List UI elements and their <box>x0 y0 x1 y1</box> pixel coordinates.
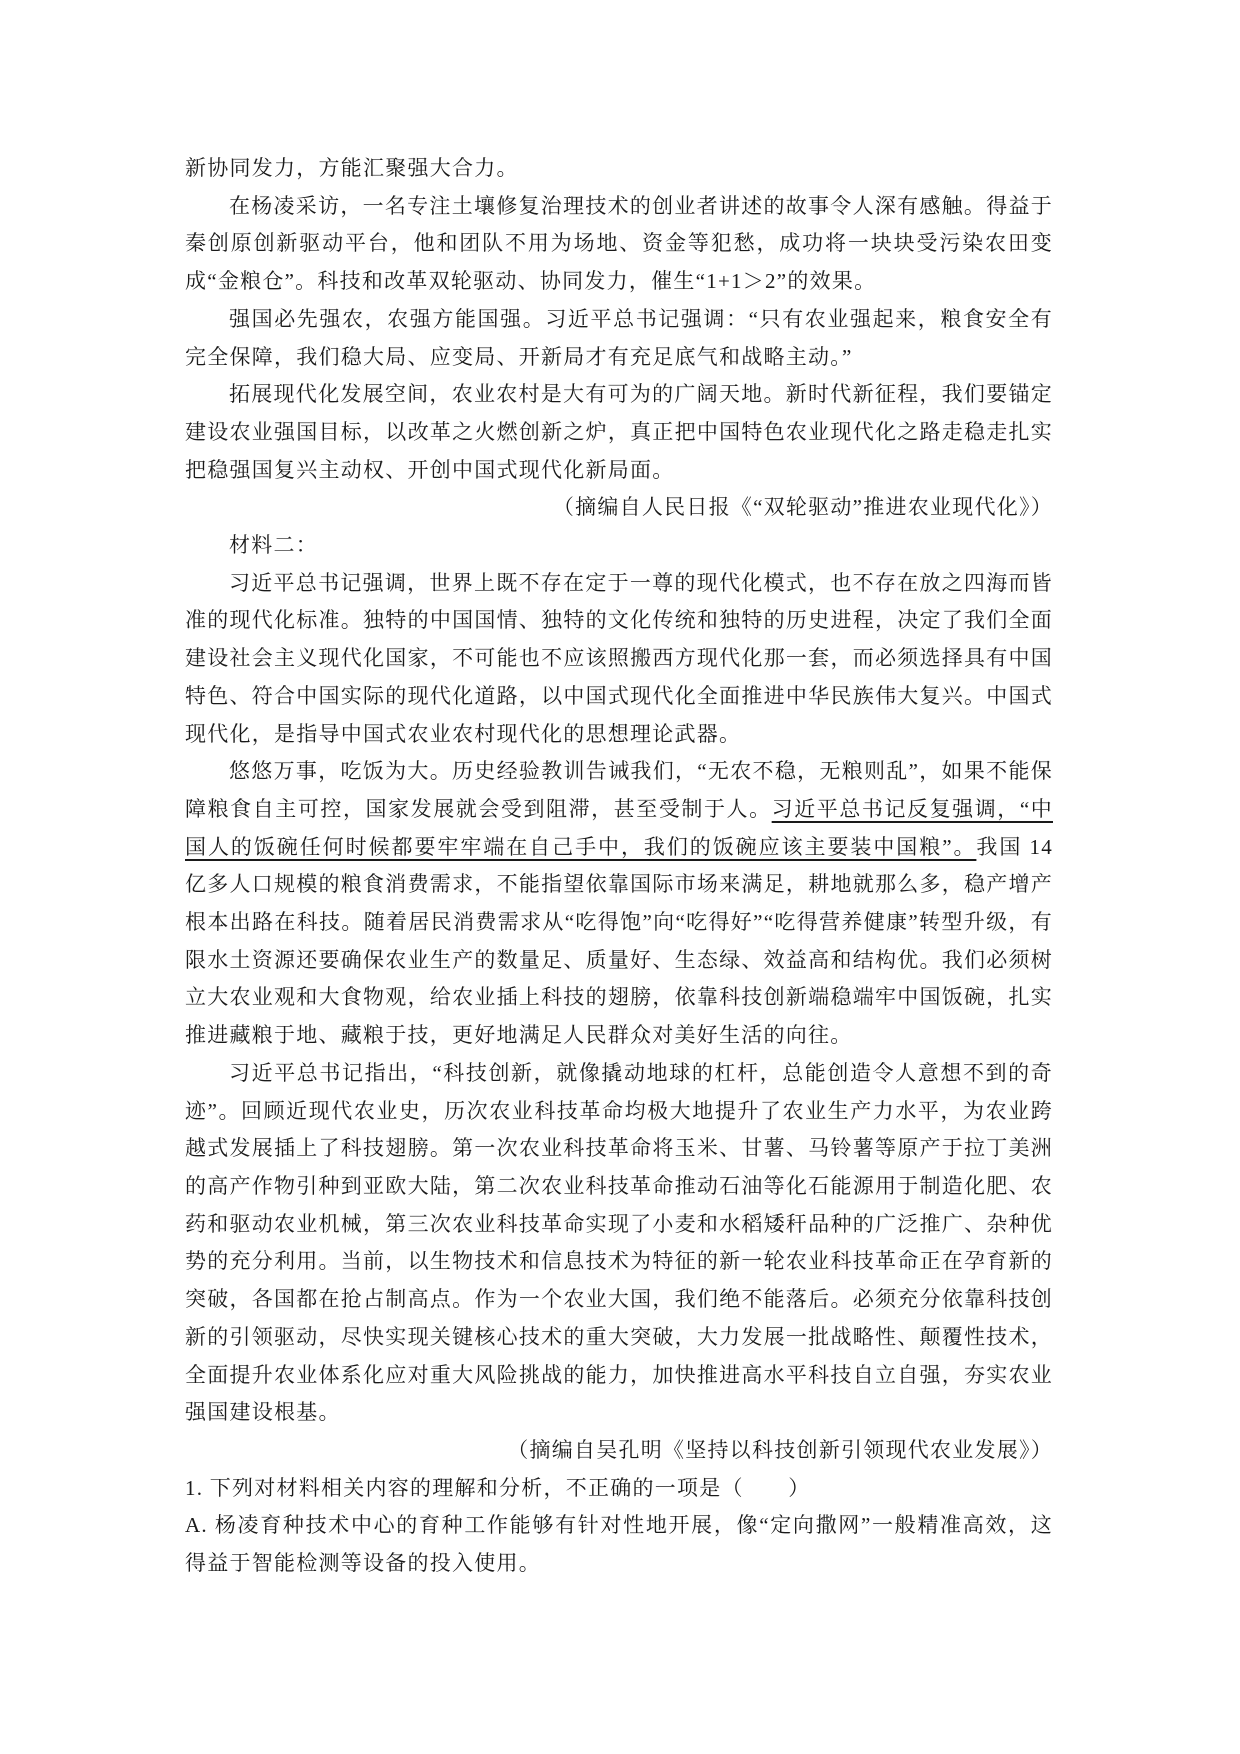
text-segment: 习近平总书记指出，“科技创新，就像撬动地球的杠杆，总能创造令人意想不到的奇迹”。… <box>185 1061 1053 1424</box>
text-segment: 习近平总书记强调，世界上既不存在定于一尊的现代化模式，也不存在放之四海而皆准的现… <box>185 571 1053 746</box>
text-segment: 在杨凌采访，一名专注土壤修复治理技术的创业者讲述的故事令人深有感触。得益于秦创原… <box>185 194 1053 293</box>
question-1: 1. 下列对材料相关内容的理解和分析，不正确的一项是（ ） <box>185 1470 1053 1508</box>
text-segment: A. 杨凌育种技术中心的育种工作能够有针对性地开展，像“定向撒网”一般精准高效，… <box>185 1513 1053 1575</box>
material-one-continuation-paragraph: 新协同发力，方能汇聚强大合力。 <box>185 150 1053 188</box>
question-1-option-A: A. 杨凌育种技术中心的育种工作能够有针对性地开展，像“定向撒网”一般精准高效，… <box>185 1507 1053 1582</box>
text-segment: 拓展现代化发展空间，农业农村是大有可为的广阔天地。新时代新征程，我们要锚定建设农… <box>185 382 1053 481</box>
text-segment: 强国必先强农，农强方能国强。习近平总书记强调：“只有农业强起来，粮食安全有完全保… <box>185 307 1053 369</box>
document-page: 新协同发力，方能汇聚强大合力。在杨凌采访，一名专注土壤修复治理技术的创业者讲述的… <box>0 0 1240 1754</box>
text-segment: 1. 下列对材料相关内容的理解和分析，不正确的一项是（ ） <box>185 1476 811 1500</box>
material-two-heading: 材料二： <box>185 527 1053 565</box>
text-segment: （摘编自人民日报《“双轮驱动”推进农业现代化》） <box>553 495 1053 519</box>
material-two-paragraph-chinese-path: 习近平总书记强调，世界上既不存在定于一尊的现代化模式，也不存在放之四海而皆准的现… <box>185 565 1053 754</box>
text-segment: 新协同发力，方能汇聚强大合力。 <box>185 156 519 180</box>
material-two-paragraph-food-security: 悠悠万事，吃饭为大。历史经验教训告诫我们，“无农不稳，无粮则乱”，如果不能保障粮… <box>185 753 1053 1055</box>
material-one-paragraph-yangling: 在杨凌采访，一名专注土壤修复治理技术的创业者讲述的故事令人深有感触。得益于秦创原… <box>185 188 1053 301</box>
text-segment: 材料二： <box>229 533 318 557</box>
material-one-paragraph-strong-nation: 强国必先强农，农强方能国强。习近平总书记强调：“只有农业强起来，粮食安全有完全保… <box>185 301 1053 376</box>
material-two-attribution: （摘编自吴孔明《坚持以科技创新引领现代农业发展》） <box>185 1432 1053 1470</box>
document-text: 新协同发力，方能汇聚强大合力。在杨凌采访，一名专注土壤修复治理技术的创业者讲述的… <box>185 150 1053 1583</box>
text-segment: 我国 14 亿多人口规模的粮食消费需求，不能指望依靠国际市场来满足，耕地就那么多… <box>185 835 1053 1048</box>
material-one-attribution: （摘编自人民日报《“双轮驱动”推进农业现代化》） <box>185 489 1053 527</box>
material-one-paragraph-modernization: 拓展现代化发展空间，农业农村是大有可为的广阔天地。新时代新征程，我们要锚定建设农… <box>185 376 1053 489</box>
material-two-paragraph-sci-tech-revolution: 习近平总书记指出，“科技创新，就像撬动地球的杠杆，总能创造令人意想不到的奇迹”。… <box>185 1055 1053 1432</box>
text-segment: （摘编自吴孔明《坚持以科技创新引领现代农业发展》） <box>507 1438 1053 1462</box>
